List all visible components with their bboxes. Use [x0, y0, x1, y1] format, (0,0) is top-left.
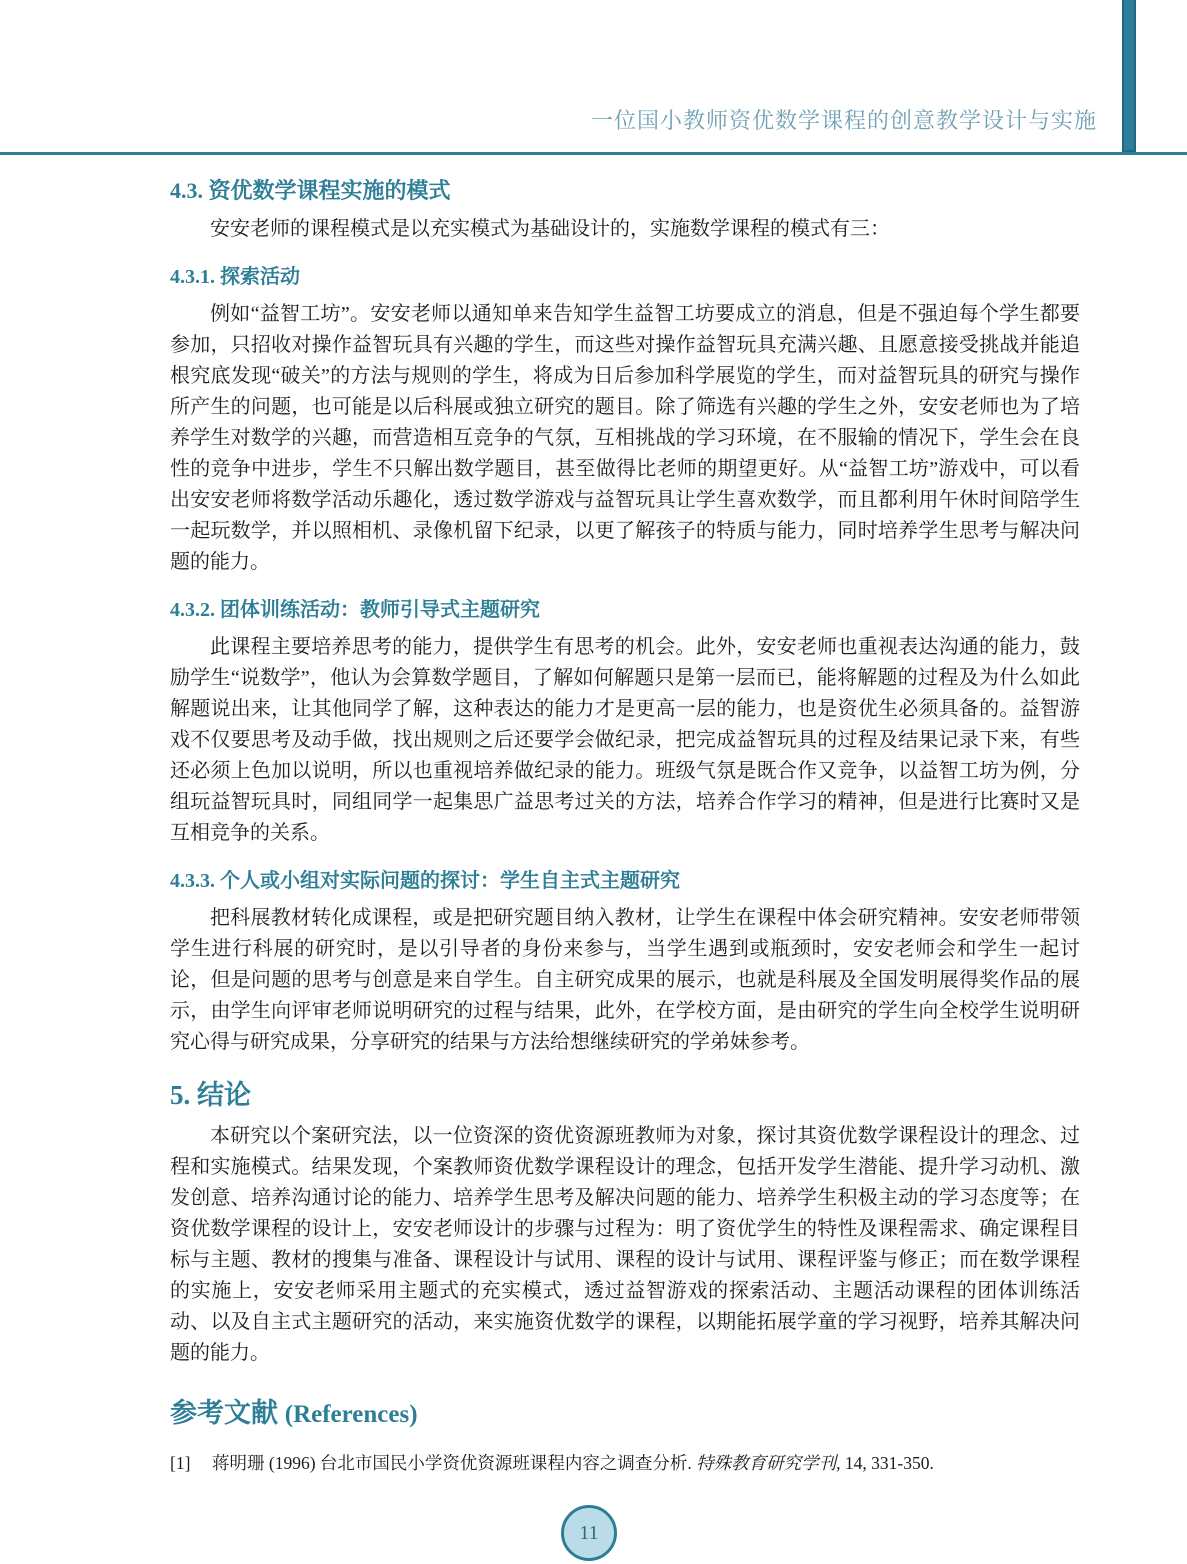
- running-header-title: 一位国小教师资优数学课程的创意教学设计与实施: [591, 104, 1097, 135]
- section-title: 结论: [197, 1080, 251, 1110]
- section-number: 4.3.3.: [170, 870, 215, 892]
- references-heading-en: (References): [285, 1401, 418, 1428]
- section-number: 4.3.1.: [170, 266, 215, 288]
- section-heading-4-3-3: 4.3.3. 个人或小组对实际问题的探讨：学生自主式主题研究: [170, 868, 1080, 894]
- paragraph: 本研究以个案研究法，以一位资深的资优资源班教师为对象，探讨其资优数学课程设计的理…: [170, 1121, 1080, 1369]
- reference-journal: 特殊教育研究学刊,: [696, 1453, 840, 1473]
- section-heading-4-3-2: 4.3.2. 团体训练活动：教师引导式主题研究: [170, 597, 1080, 623]
- references-heading: 参考文献 (References): [170, 1396, 1080, 1432]
- section-title: 探索活动: [220, 266, 300, 288]
- section-number: 4.3.: [170, 178, 203, 203]
- header-rule: [0, 152, 1187, 155]
- references-heading-zh: 参考文献: [170, 1398, 278, 1428]
- reference-title: 蒋明珊 (1996) 台北市国民小学资优资源班课程内容之调查分析.: [212, 1453, 696, 1473]
- document-page: 一位国小教师资优数学课程的创意教学设计与实施 4.3. 资优数学课程实施的模式 …: [0, 0, 1187, 1564]
- section-title: 个人或小组对实际问题的探讨：学生自主式主题研究: [220, 870, 680, 892]
- reference-label: [1]: [170, 1450, 212, 1476]
- page-number-badge: 11: [561, 1505, 617, 1561]
- reference-volume-pages: 14, 331-350.: [841, 1453, 934, 1473]
- section-heading-4-3-1: 4.3.1. 探索活动: [170, 264, 1080, 290]
- paragraph: 安安老师的课程模式是以充实模式为基础设计的，实施数学课程的模式有三：: [170, 214, 1080, 245]
- section-heading-5: 5. 结论: [170, 1078, 1080, 1112]
- header-accent-bar: [1122, 0, 1136, 152]
- paragraph: 把科展教材转化成课程，或是把研究题目纳入教材，让学生在课程中体会研究精神。安安老…: [170, 903, 1080, 1058]
- section-title: 资优数学课程实施的模式: [209, 178, 451, 203]
- section-title: 团体训练活动：教师引导式主题研究: [220, 599, 540, 621]
- reference-item: [1] 蒋明珊 (1996) 台北市国民小学资优资源班课程内容之调查分析. 特殊…: [170, 1450, 1080, 1476]
- paragraph: 例如“益智工坊”。安安老师以通知单来告知学生益智工坊要成立的消息，但是不强迫每个…: [170, 299, 1080, 578]
- section-number: 4.3.2.: [170, 599, 215, 621]
- page-content: 4.3. 资优数学课程实施的模式 安安老师的课程模式是以充实模式为基础设计的，实…: [170, 156, 1080, 1476]
- reference-text: 蒋明珊 (1996) 台北市国民小学资优资源班课程内容之调查分析. 特殊教育研究…: [212, 1450, 934, 1476]
- section-heading-4-3: 4.3. 资优数学课程实施的模式: [170, 177, 1080, 205]
- paragraph: 此课程主要培养思考的能力，提供学生有思考的机会。此外，安安老师也重视表达沟通的能…: [170, 632, 1080, 849]
- page-number: 11: [579, 1522, 598, 1545]
- section-number: 5.: [170, 1080, 190, 1110]
